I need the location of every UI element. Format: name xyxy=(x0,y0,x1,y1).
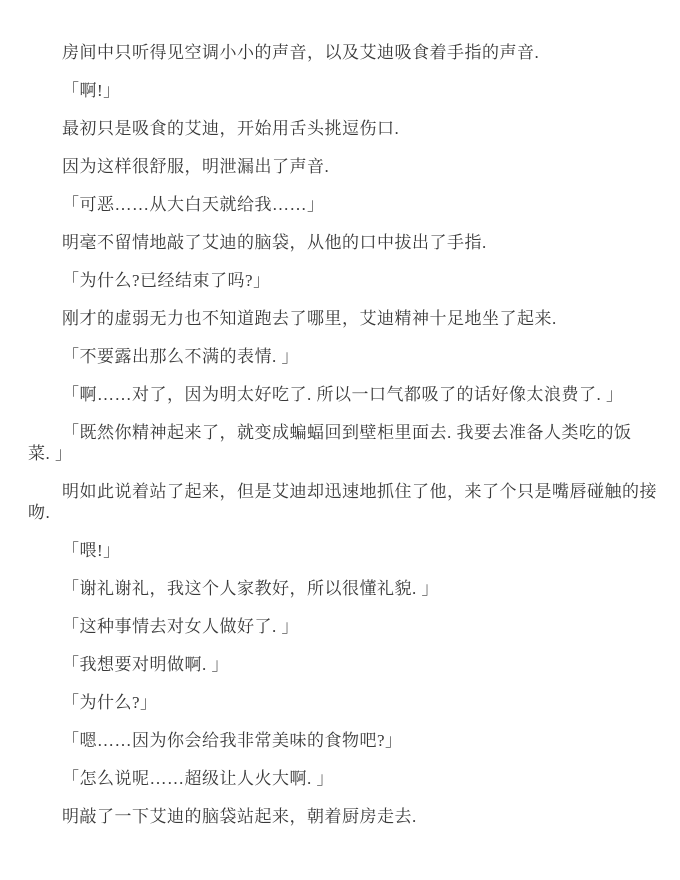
paragraph: 明敲了一下艾迪的脑袋站起来，朝着厨房走去. xyxy=(28,806,652,827)
text-line: 房间中只听得见空调小小的声音，以及艾迪吸食着手指的声音. xyxy=(28,42,652,63)
paragraph: 最初只是吸食的艾迪，开始用舌头挑逗伤口. xyxy=(28,118,652,139)
paragraph: 「啊!」 xyxy=(28,80,652,101)
paragraph: 刚才的虚弱无力也不知道跑去了哪里，艾迪精神十足地坐了起来. xyxy=(28,308,652,329)
paragraph: 「这种事情去对女人做好了. 」 xyxy=(28,616,652,637)
paragraph: 「可恶……从大白天就给我……」 xyxy=(28,194,652,215)
text-line: 「啊……对了，因为明太好吃了. 所以一口气都吸了的话好像太浪费了. 」 xyxy=(28,384,652,405)
novel-text-page: 房间中只听得见空调小小的声音，以及艾迪吸食着手指的声音.「啊!」最初只是吸食的艾… xyxy=(0,0,680,880)
text-line: 「怎么说呢……超级让人火大啊. 」 xyxy=(28,768,652,789)
text-line: 「为什么?已经结束了吗?」 xyxy=(28,270,652,291)
paragraph: 「喂!」 xyxy=(28,540,652,561)
text-line: 明毫不留情地敲了艾迪的脑袋，从他的口中拔出了手指. xyxy=(28,232,652,253)
paragraph: 「不要露出那么不满的表情. 」 xyxy=(28,346,652,367)
paragraph: 房间中只听得见空调小小的声音，以及艾迪吸食着手指的声音. xyxy=(28,42,652,63)
text-line: 「我想要对明做啊. 」 xyxy=(28,654,652,675)
text-line: 「既然你精神起来了，就变成蝙蝠回到壁柜里面去. 我要去准备人类吃的饭 xyxy=(28,422,652,443)
text-line: 「这种事情去对女人做好了. 」 xyxy=(28,616,652,637)
text-line: 吻. xyxy=(28,502,652,523)
text-line: 因为这样很舒服，明泄漏出了声音. xyxy=(28,156,652,177)
text-line: 明敲了一下艾迪的脑袋站起来，朝着厨房走去. xyxy=(28,806,652,827)
text-line: 「不要露出那么不满的表情. 」 xyxy=(28,346,652,367)
paragraph: 因为这样很舒服，明泄漏出了声音. xyxy=(28,156,652,177)
text-line: 菜. 」 xyxy=(28,443,652,464)
text-line: 「嗯……因为你会给我非常美味的食物吧?」 xyxy=(28,730,652,751)
paragraph: 「为什么?已经结束了吗?」 xyxy=(28,270,652,291)
paragraph: 「谢礼谢礼，我这个人家教好，所以很懂礼貌. 」 xyxy=(28,578,652,599)
text-line: 「可恶……从大白天就给我……」 xyxy=(28,194,652,215)
paragraph: 「为什么?」 xyxy=(28,692,652,713)
text-line: 「喂!」 xyxy=(28,540,652,561)
paragraph: 「嗯……因为你会给我非常美味的食物吧?」 xyxy=(28,730,652,751)
paragraph-container: 房间中只听得见空调小小的声音，以及艾迪吸食着手指的声音.「啊!」最初只是吸食的艾… xyxy=(28,42,652,827)
paragraph: 「啊……对了，因为明太好吃了. 所以一口气都吸了的话好像太浪费了. 」 xyxy=(28,384,652,405)
paragraph: 「既然你精神起来了，就变成蝙蝠回到壁柜里面去. 我要去准备人类吃的饭菜. 」 xyxy=(28,422,652,464)
paragraph: 明毫不留情地敲了艾迪的脑袋，从他的口中拔出了手指. xyxy=(28,232,652,253)
text-line: 「为什么?」 xyxy=(28,692,652,713)
text-line: 明如此说着站了起来，但是艾迪却迅速地抓住了他，来了个只是嘴唇碰触的接 xyxy=(28,481,652,502)
text-line: 「谢礼谢礼，我这个人家教好，所以很懂礼貌. 」 xyxy=(28,578,652,599)
paragraph: 明如此说着站了起来，但是艾迪却迅速地抓住了他，来了个只是嘴唇碰触的接吻. xyxy=(28,481,652,523)
text-line: 刚才的虚弱无力也不知道跑去了哪里，艾迪精神十足地坐了起来. xyxy=(28,308,652,329)
text-line: 「啊!」 xyxy=(28,80,652,101)
paragraph: 「怎么说呢……超级让人火大啊. 」 xyxy=(28,768,652,789)
text-line: 最初只是吸食的艾迪，开始用舌头挑逗伤口. xyxy=(28,118,652,139)
paragraph: 「我想要对明做啊. 」 xyxy=(28,654,652,675)
